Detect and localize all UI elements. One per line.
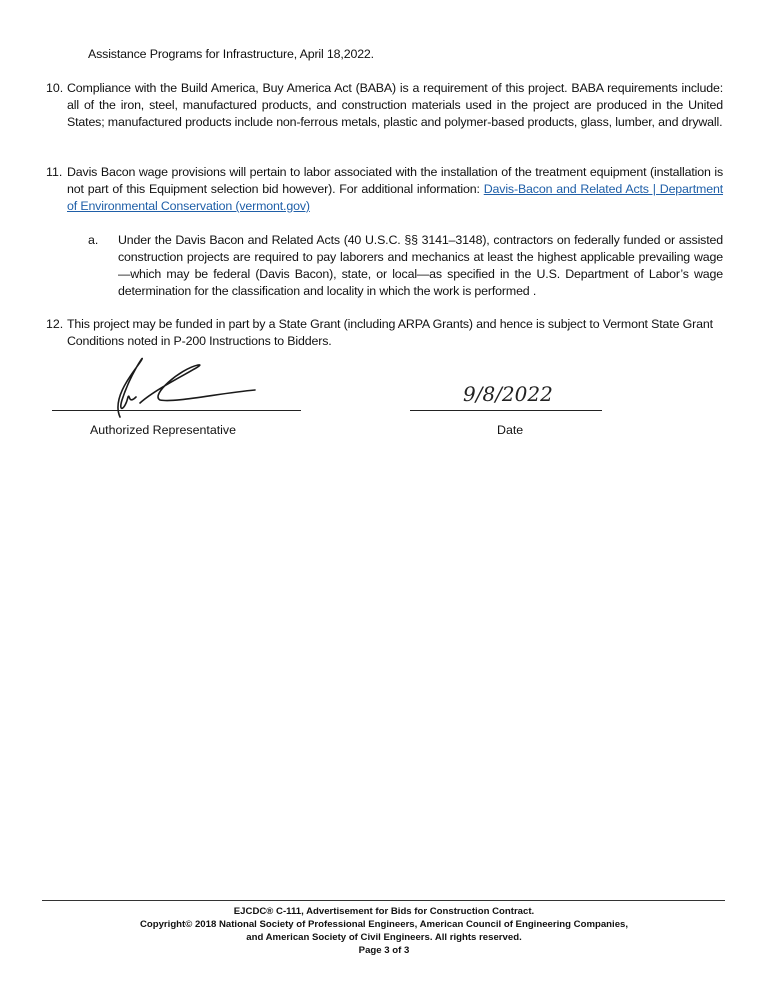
item-11-paragraph: Davis Bacon wage provisions will pertain… xyxy=(67,164,723,215)
handwritten-date: 9/8/2022 xyxy=(463,382,553,406)
footer-line-3: and American Society of Civil Engineers.… xyxy=(0,931,768,944)
item-10-text: Compliance with the Build America, Buy A… xyxy=(67,80,723,131)
page-number: Page 3 of 3 xyxy=(0,944,768,957)
document-page: Assistance Programs for Infrastructure, … xyxy=(0,0,768,994)
item-10-number: 10. xyxy=(46,80,63,97)
signature-line xyxy=(52,410,301,411)
footer-line-1: EJCDC® C-111, Advertisement for Bids for… xyxy=(0,905,768,918)
continuation-text: Assistance Programs for Infrastructure, … xyxy=(88,46,728,63)
footer-divider xyxy=(42,900,725,901)
item-12-number: 12. xyxy=(46,316,63,333)
authorized-representative-label: Authorized Representative xyxy=(90,423,236,437)
date-line xyxy=(410,410,602,411)
item-12-text: This project may be funded in part by a … xyxy=(67,316,737,350)
date-label: Date xyxy=(497,423,523,437)
footer-line-2: Copyright© 2018 National Society of Prof… xyxy=(0,918,768,931)
item-11-number: 11. xyxy=(46,164,62,181)
subitem-a-text: Under the Davis Bacon and Related Acts (… xyxy=(118,232,723,300)
subitem-a-letter: a. xyxy=(88,232,98,249)
